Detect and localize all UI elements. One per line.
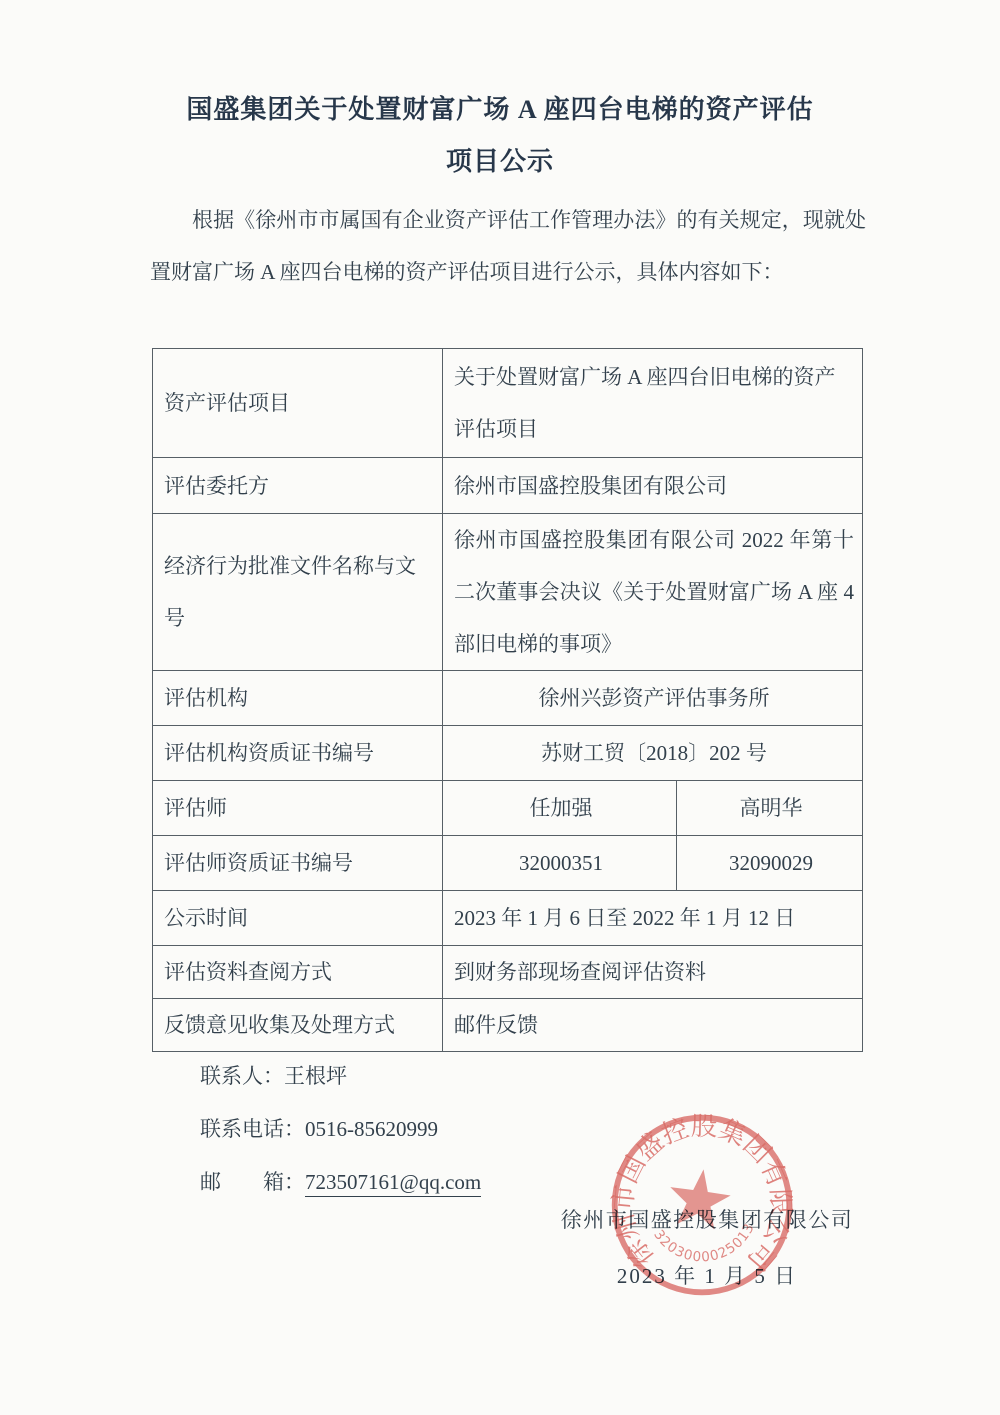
signature-block: 徐州市国盛控股集团有限公司 2023 年 1 月 5 日: [540, 1204, 874, 1292]
page-title: 国盛集团关于处置财富广场 A 座四台电梯的资产评估 项目公示: [0, 84, 1000, 188]
title-line-2: 项目公示: [0, 136, 1000, 188]
row-label: 反馈意见收集及处理方式: [153, 999, 443, 1052]
row-value: 邮件反馈: [443, 999, 863, 1052]
table-row: 评估师资质证书编号 32000351 32090029: [153, 836, 863, 891]
document-page: { "title": { "line1": "国盛集团关于处置财富广场 A 座四…: [0, 0, 1000, 1415]
contact-email-label: 邮 箱：: [200, 1170, 305, 1194]
row-label: 评估机构: [153, 671, 443, 726]
assessment-info-table: 资产评估项目 关于处置财富广场 A 座四台旧电梯的资产评估项目 评估委托方 徐州…: [152, 348, 863, 1052]
row-value-appraiser-2: 高明华: [677, 781, 863, 836]
table-row: 评估机构 徐州兴彭资产评估事务所: [153, 671, 863, 726]
row-label: 评估机构资质证书编号: [153, 726, 443, 781]
row-value: 关于处置财富广场 A 座四台旧电梯的资产评估项目: [443, 349, 863, 458]
contact-person-label: 联系人：: [200, 1064, 284, 1088]
row-label: 经济行为批准文件名称与文号: [153, 514, 443, 671]
contact-phone-label: 联系电话：: [200, 1117, 305, 1141]
contact-email-link[interactable]: 723507161@qq.com: [305, 1169, 481, 1197]
contact-email-line: 邮 箱：723507161@qq.com: [200, 1156, 481, 1209]
table-row: 经济行为批准文件名称与文号 徐州市国盛控股集团有限公司 2022 年第十二次董事…: [153, 514, 863, 671]
contact-person-line: 联系人：王根坪: [200, 1050, 481, 1103]
contact-person-name: 王根坪: [284, 1064, 347, 1088]
signature-date: 2023 年 1 月 5 日: [540, 1260, 874, 1292]
table-row: 评估委托方 徐州市国盛控股集团有限公司: [153, 458, 863, 514]
table-row: 评估机构资质证书编号 苏财工贸〔2018〕202 号: [153, 726, 863, 781]
row-label: 资产评估项目: [153, 349, 443, 458]
row-value: 苏财工贸〔2018〕202 号: [443, 726, 863, 781]
title-line-1: 国盛集团关于处置财富广场 A 座四台电梯的资产评估: [0, 84, 1000, 136]
row-value: 徐州市国盛控股集团有限公司: [443, 458, 863, 514]
row-value-appraiser-1: 任加强: [443, 781, 677, 836]
row-value: 2023 年 1 月 6 日至 2022 年 1 月 12 日: [443, 891, 863, 946]
contact-phone-line: 联系电话：0516-85620999: [200, 1103, 481, 1156]
intro-paragraph: 根据《徐州市市属国有企业资产评估工作管理办法》的有关规定，现就处置财富广场 A …: [150, 194, 866, 298]
row-value-certificate-2: 32090029: [677, 836, 863, 891]
table-row: 评估资料查阅方式 到财务部现场查阅评估资料: [153, 946, 863, 999]
row-value: 到财务部现场查阅评估资料: [443, 946, 863, 999]
contact-block: 联系人：王根坪 联系电话：0516-85620999 邮 箱：723507161…: [200, 1050, 481, 1209]
row-label: 评估师: [153, 781, 443, 836]
row-label: 评估师资质证书编号: [153, 836, 443, 891]
table-row: 资产评估项目 关于处置财富广场 A 座四台旧电梯的资产评估项目: [153, 349, 863, 458]
row-label: 公示时间: [153, 891, 443, 946]
row-value: 徐州市国盛控股集团有限公司 2022 年第十二次董事会决议《关于处置财富广场 A…: [443, 514, 863, 671]
signature-company: 徐州市国盛控股集团有限公司: [540, 1204, 874, 1236]
table-row: 反馈意见收集及处理方式 邮件反馈: [153, 999, 863, 1052]
row-label: 评估委托方: [153, 458, 443, 514]
row-value: 徐州兴彭资产评估事务所: [443, 671, 863, 726]
table-row: 评估师 任加强 高明华: [153, 781, 863, 836]
row-value-certificate-1: 32000351: [443, 836, 677, 891]
contact-phone-number: 0516-85620999: [305, 1117, 438, 1141]
row-label: 评估资料查阅方式: [153, 946, 443, 999]
table-row: 公示时间 2023 年 1 月 6 日至 2022 年 1 月 12 日: [153, 891, 863, 946]
